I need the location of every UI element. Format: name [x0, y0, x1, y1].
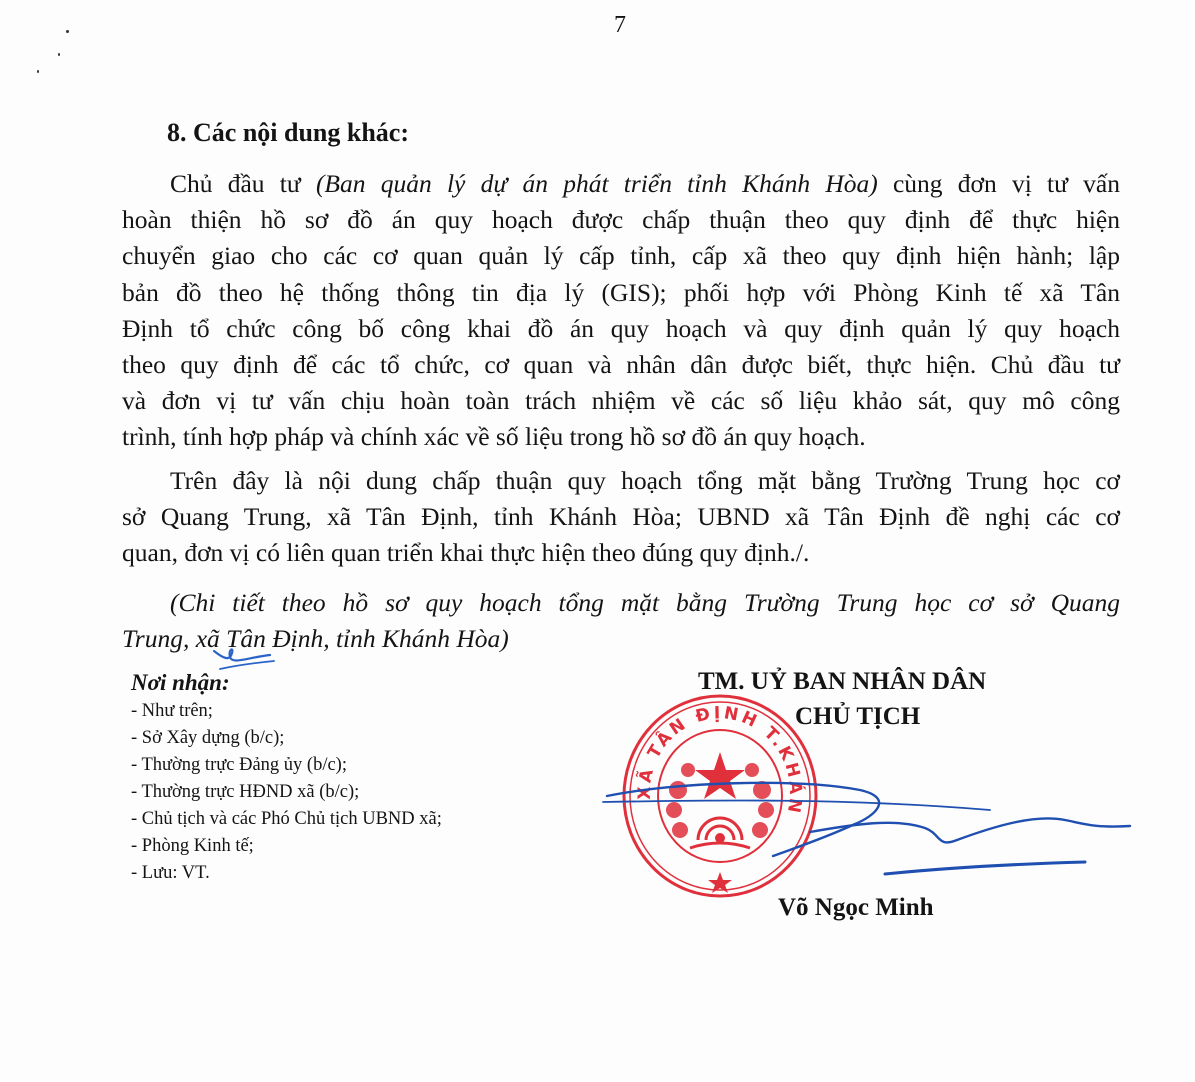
paragraph-line: và đơn vị tư vấn chịu hoàn toàn trách nh…: [122, 383, 1120, 419]
page-number: 7: [614, 12, 626, 39]
document-page: 7 8. Các nội dung khác: Chủ đầu tư (Ban …: [0, 0, 1195, 1082]
recipient-item: - Như trên;: [131, 698, 442, 725]
recipient-item: - Thường trực HĐND xã (b/c);: [131, 779, 442, 806]
scan-speck: [58, 53, 60, 56]
paragraph-line: chuyển giao cho các cơ quan quản lý cấp …: [122, 238, 1120, 274]
recipient-item: - Lưu: VT.: [131, 860, 442, 887]
recipient-item: - Chủ tịch và các Phó Chủ tịch UBND xã;: [131, 806, 442, 833]
signer-organization: TM. UỶ BAN NHÂN DÂN: [698, 668, 986, 696]
paragraph-other-contents: Chủ đầu tư (Ban quản lý dự án phát triển…: [122, 166, 1120, 456]
paragraph-line: theo quy định để các tổ chức, cơ quan và…: [122, 347, 1120, 383]
recipient-item: - Thường trực Đảng ủy (b/c);: [131, 752, 442, 779]
scan-speck: [66, 30, 69, 33]
recipients-block: Nơi nhận: - Như trên; - Sở Xây dựng (b/c…: [131, 670, 442, 887]
paragraph-line: Chủ đầu tư (Ban quản lý dự án phát triển…: [122, 166, 1120, 202]
paragraph-line: Định tổ chức công bố công khai đồ án quy…: [122, 311, 1120, 347]
paragraph-line: quan, đơn vị có liên quan triển khai thự…: [122, 535, 1120, 571]
signer-title: CHỦ TỊCH: [795, 703, 920, 731]
paragraph-conclusion: Trên đây là nội dung chấp thuận quy hoạc…: [122, 463, 1120, 572]
paragraph-line: bản đồ theo hệ thống thông tin địa lý (G…: [122, 275, 1120, 311]
paragraph-line: sở Quang Trung, xã Tân Định, tỉnh Khánh …: [122, 499, 1120, 535]
paragraph-line: Trên đây là nội dung chấp thuận quy hoạc…: [122, 463, 1120, 499]
signer-name: Võ Ngọc Minh: [778, 894, 934, 922]
recipients-title: Nơi nhận:: [131, 670, 442, 696]
scan-speck: [37, 70, 39, 73]
recipient-item: - Sở Xây dựng (b/c);: [131, 725, 442, 752]
section-heading: 8. Các nội dung khác:: [167, 118, 409, 148]
recipients-list: - Như trên; - Sở Xây dựng (b/c); - Thườn…: [131, 698, 442, 887]
paragraph-line: trình, tính hợp pháp và chính xác về số …: [122, 419, 1120, 455]
handwritten-signature-icon: [595, 768, 1155, 878]
paragraph-line: (Chi tiết theo hồ sơ quy hoạch tổng mặt …: [122, 585, 1120, 621]
recipient-item: - Phòng Kinh tế;: [131, 833, 442, 860]
paragraph-line: hoàn thiện hồ sơ đồ án quy hoạch được ch…: [122, 202, 1120, 238]
